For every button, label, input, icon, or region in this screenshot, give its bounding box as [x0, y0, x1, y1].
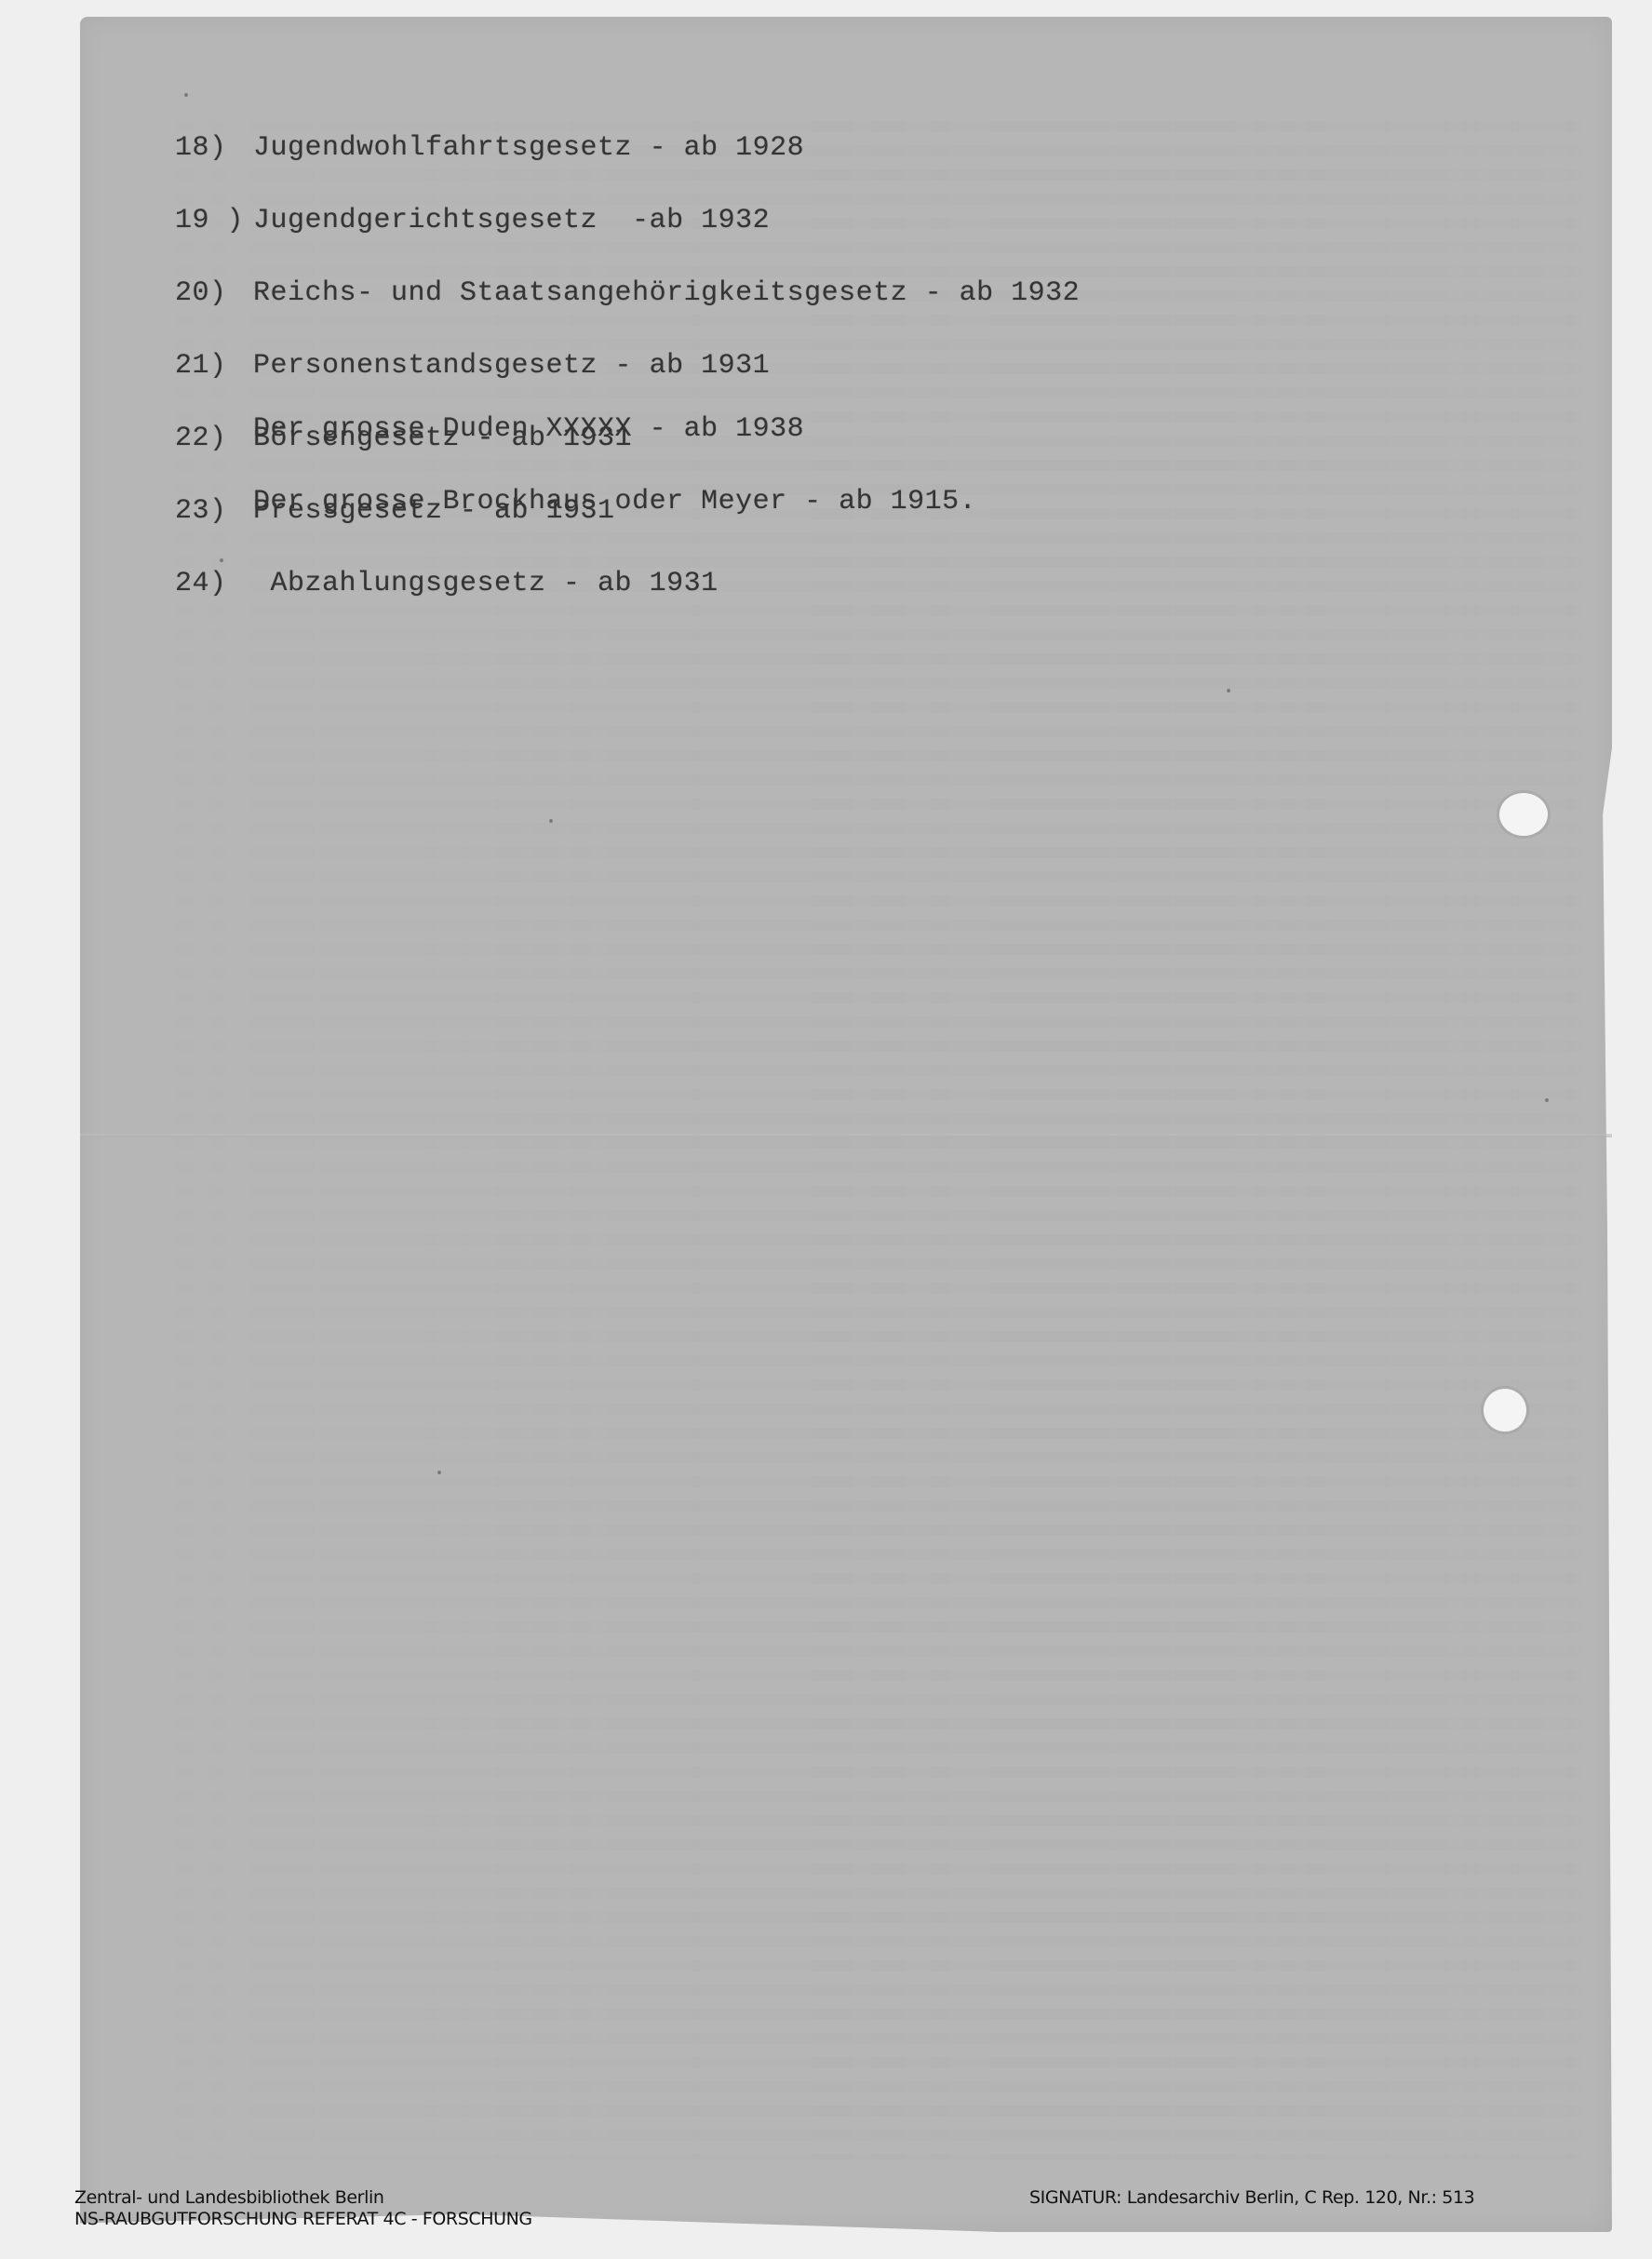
ink-speck [549, 819, 553, 823]
ink-speck [1227, 689, 1230, 692]
list-item-number: 20) [175, 281, 253, 305]
ink-speck [437, 1471, 441, 1474]
department-name: NS-RAUBGUTFORSCHUNG REFERAT 4C - FORSCHU… [74, 2209, 532, 2230]
ink-speck [1545, 1098, 1549, 1102]
list-item-number: 18) [175, 136, 253, 160]
punch-hole-icon [1499, 793, 1548, 836]
reference-works: Der grosse Duden XXXXX - ab 1938 Der gro… [253, 369, 976, 538]
footer-institution: Zentral- und Landesbibliothek Berlin NS-… [74, 2187, 532, 2230]
punch-hole-icon [1484, 1389, 1526, 1432]
numbered-law-list: 18) Jugendwohlfahrtsgesetz - ab 1928 19 … [175, 87, 1080, 620]
list-item-text: Abzahlungsgesetz - ab 1931 [253, 571, 719, 596]
list-item-number: 21) [175, 354, 253, 378]
list-item: 24) Abzahlungsgesetz - ab 1931 [175, 571, 1080, 596]
list-item: 19 ) Jugendgerichtsgesetz -ab 1932 [175, 208, 1080, 233]
list-item-number: 24) [175, 571, 253, 596]
reference-duden: Der grosse Duden XXXXX - ab 1938 [253, 417, 976, 441]
paper-fold-line [80, 1134, 1612, 1137]
list-item-number: 19 ) [175, 208, 253, 233]
list-item: 20) Reichs- und Staatsangehörigkeitsgese… [175, 281, 1080, 305]
reference-brockhaus-meyer: Der grosse Brockhaus oder Meyer - ab 191… [253, 490, 976, 514]
list-item-number: 22) [175, 426, 253, 450]
institution-name: Zentral- und Landesbibliothek Berlin [74, 2187, 532, 2209]
list-item-number: 23) [175, 499, 253, 523]
list-item: 18) Jugendwohlfahrtsgesetz - ab 1928 [175, 136, 1080, 160]
list-item-text: Reichs- und Staatsangehörigkeitsgesetz -… [253, 281, 1080, 305]
archive-signature: SIGNATUR: Landesarchiv Berlin, C Rep. 12… [1029, 2187, 1474, 2209]
list-item-text: Jugendwohlfahrtsgesetz - ab 1928 [253, 136, 804, 160]
list-item-text: Jugendgerichtsgesetz -ab 1932 [253, 208, 770, 233]
